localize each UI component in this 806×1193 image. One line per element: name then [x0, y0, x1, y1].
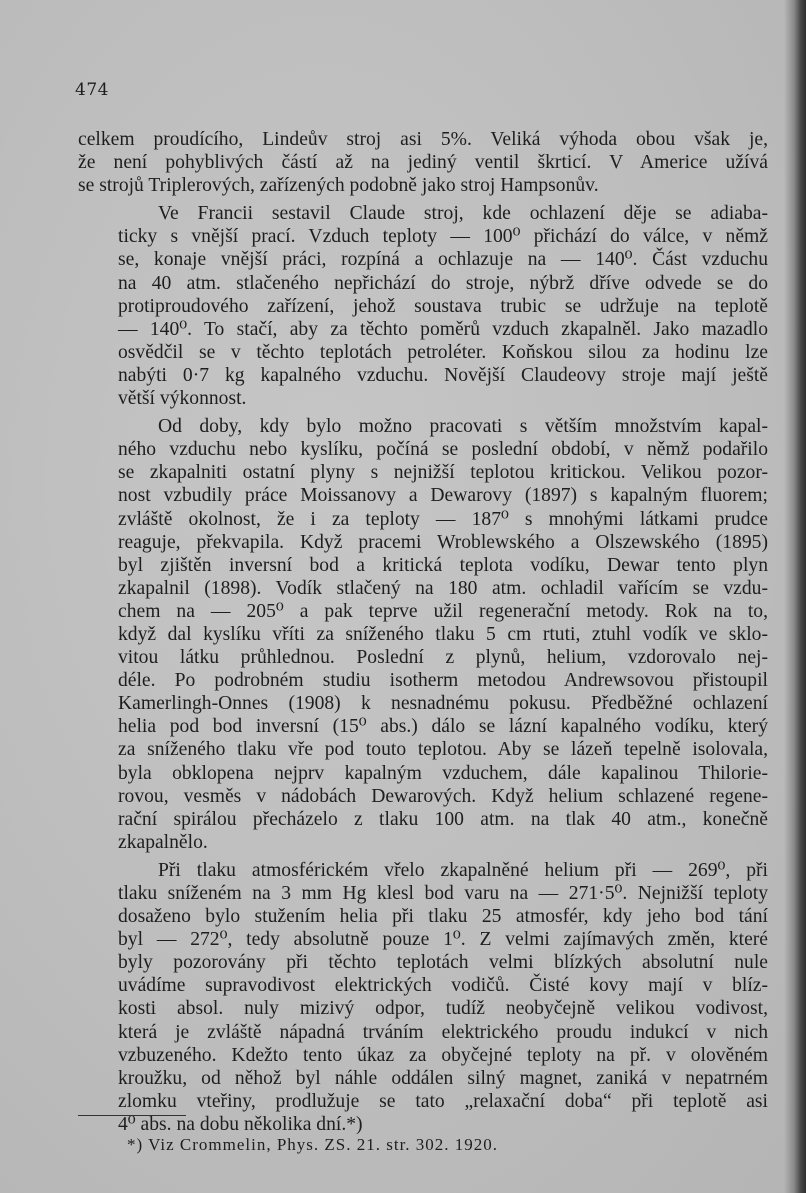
text-line: helia pod bod inversní (15⁰ abs.) dálo s…: [78, 715, 768, 738]
text-line: byl zjištěn inversní bod a kritická tepl…: [78, 554, 768, 577]
text-line: byla obklopena nejprv kapalným vzduchem,…: [78, 762, 768, 785]
text-line: ticky s vnější prací. Vzduch teploty — 1…: [78, 225, 768, 248]
text-line: vzbuzeného. Kdežto tento úkaz za obyčejn…: [78, 1044, 768, 1067]
text-line: kosti absol. nuly mizivý odpor, tudíž ne…: [78, 997, 768, 1020]
footnote-divider: [78, 1115, 186, 1116]
text-line: Při tlaku atmosférickém vřelo zkapalněné…: [78, 859, 768, 882]
text-line: nabýti 0·7 kg kapalného vzduchu. Novější…: [78, 364, 768, 387]
text-line: zlomku vteřiny, prodlužuje se tato „rela…: [78, 1090, 768, 1113]
paragraph-4: Při tlaku atmosférickém vřelo zkapalněné…: [78, 859, 768, 1136]
text-line: když dal kyslíku vříti za sníženého tlak…: [78, 623, 768, 646]
page-number: 474: [75, 80, 109, 100]
paragraph-3: Od doby, kdy bylo možno pracovati s větš…: [78, 415, 768, 854]
text-line: Od doby, kdy bylo možno pracovati s větš…: [78, 415, 768, 438]
text-line: se zkapalniti ostatní plyny s nejnižší t…: [78, 461, 768, 484]
text-line: protiproudového zařízení, jehož soustava…: [78, 295, 768, 318]
text-line: větší výkonnost.: [78, 387, 768, 410]
text-line: osvědčil se v těchto teplotách petroléte…: [78, 341, 768, 364]
text-line: zvláště okolnost, že i za teploty — 187⁰…: [78, 508, 768, 531]
paragraph-1: celkem proudícího, Lindeův stroj asi 5%.…: [78, 128, 768, 197]
text-line: Kamerlingh-Onnes (1908) k nesnadnému pok…: [78, 692, 768, 715]
text-line: zkapalnělo.: [78, 831, 768, 854]
text-line: déle. Po podrobném studiu isotherm metod…: [78, 669, 768, 692]
text-line: chem na — 205⁰ a pak teprve užil regener…: [78, 600, 768, 623]
body-text: celkem proudícího, Lindeův stroj asi 5%.…: [78, 128, 768, 1136]
paragraph-2: Ve Francii sestavil Claude stroj, kde oc…: [78, 202, 768, 410]
text-line: byl — 272⁰, tedy absolutně pouze 1⁰. Z v…: [78, 928, 768, 951]
text-line: se, konaje vnější práci, rozpíná a ochla…: [78, 248, 768, 271]
text-line: se strojů Triplerových, zařízených podob…: [78, 174, 768, 197]
text-line: vitou látku průhlednou. Poslední z plynů…: [78, 646, 768, 669]
text-line: ného vzduchu nebo kyslíku, počíná se pos…: [78, 438, 768, 461]
text-line: uvádíme supravodivost elektrických vodič…: [78, 974, 768, 997]
text-line: celkem proudícího, Lindeův stroj asi 5%.…: [78, 128, 768, 151]
text-line: rační spirálou přecházelo z tlaku 100 at…: [78, 808, 768, 831]
book-binding-shadow: [784, 0, 806, 1193]
footnote: *) Viz Crommelin, Phys. ZS. 21. str. 302…: [127, 1135, 498, 1155]
text-line: že není pohyblivých částí až na jediný v…: [78, 151, 768, 174]
text-line: Ve Francii sestavil Claude stroj, kde oc…: [78, 202, 768, 225]
text-line: 4⁰ abs. na dobu několika dní.*): [78, 1113, 768, 1136]
text-line: dosaženo bylo stužením helia při tlaku 2…: [78, 905, 768, 928]
text-line: která je zvláště nápadná trváním elektri…: [78, 1021, 768, 1044]
text-line: nost vzbudily práce Moissanovy a Dewarov…: [78, 484, 768, 507]
text-line: na 40 atm. stlačeného nepřichází do stro…: [78, 272, 768, 295]
text-line: — 140⁰. To stačí, aby za těchto poměrů v…: [78, 318, 768, 341]
text-line: reaguje, překvapila. Když pracemi Wroble…: [78, 531, 768, 554]
text-line: tlaku sníženém na 3 mm Hg klesl bod varu…: [78, 882, 768, 905]
text-line: zkapalnil (1898). Vodík stlačený na 180 …: [78, 577, 768, 600]
text-line: byly pozorovány při těchto teplotách vel…: [78, 951, 768, 974]
text-line: za sníženého tlaku vře pod touto teploto…: [78, 738, 768, 761]
scanned-page: 474 celkem proudícího, Lindeův stroj asi…: [0, 0, 806, 1193]
text-line: kroužku, od něhož byl náhle oddálen siln…: [78, 1067, 768, 1090]
text-line: rovou, vesměs v nádobách Dewarových. Kdy…: [78, 785, 768, 808]
